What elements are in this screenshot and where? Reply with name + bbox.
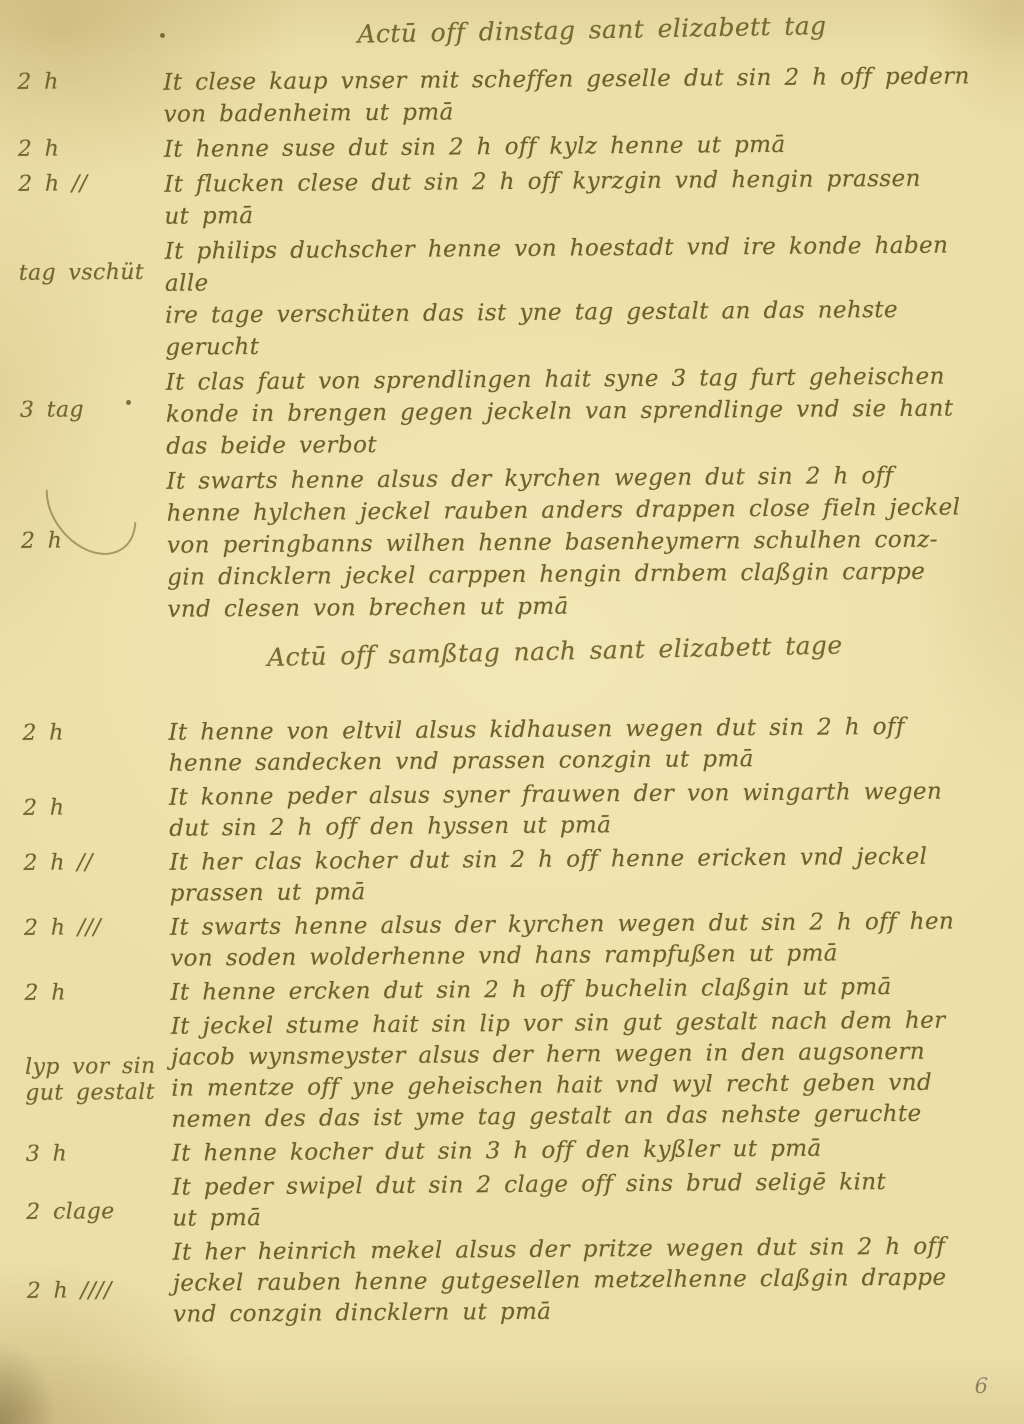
entry-text: It peder swipel dut sin 2 clage off sins… [172, 1166, 1002, 1235]
entry-text: It henne kocher dut sin 3 h off den kyßl… [172, 1132, 1002, 1170]
page-content: Actū off dinstag sant elizabett tag 2 h … [0, 10, 1024, 1335]
margin-note: 2 h // [18, 171, 156, 198]
record-entry: 2 h It swarts henne alsus der kyrchen we… [166, 459, 997, 626]
entry-text: It henne suse dut sin 2 h off kylz henne… [164, 127, 994, 166]
margin-note: 2 h [24, 980, 162, 1007]
entry-text: It clas faut von sprendlingen hait syne … [166, 360, 997, 463]
section-2-entries: 2 h It henne von eltvil alsus kidhausen … [168, 711, 1003, 1330]
entry-text: It her clas kocher dut sin 2 h off henne… [169, 841, 999, 910]
entry-text: It flucken clese dut sin 2 h off kyrzgin… [164, 162, 994, 233]
margin-note: tag vschüt [19, 260, 157, 287]
entry-text: It henne ercken dut sin 2 h off buchelin… [170, 971, 1000, 1009]
margin-note: 2 h [17, 69, 155, 96]
margin-note: lyp vor sin gut gestalt [25, 1054, 163, 1107]
margin-note: 2 h [21, 528, 159, 555]
margin-note: 2 h // [23, 850, 161, 877]
record-entry: 2 h It henne von eltvil alsus kidhausen … [168, 711, 998, 780]
manuscript-page: Actū off dinstag sant elizabett tag 2 h … [0, 0, 1024, 1424]
record-entry: 3 h It henne kocher dut sin 3 h off den … [172, 1132, 1002, 1170]
section-heading-2: Actū off samßtag nach sant elizabett tag… [140, 626, 971, 678]
record-entry: 2 h // It flucken clese dut sin 2 h off … [164, 162, 994, 233]
margin-note: 2 h [18, 136, 156, 163]
margin-note: 3 tag [20, 397, 158, 424]
record-entry: 2 h It konne peder alsus syner frauwen d… [169, 776, 999, 845]
margin-note: 2 h [23, 795, 161, 822]
entry-text: It henne von eltvil alsus kidhausen wege… [168, 711, 998, 780]
entry-text: It her heinrich mekel alsus der pritze w… [172, 1231, 1003, 1331]
entry-text: It jeckel stume hait sin lip vor sin gut… [171, 1005, 1002, 1136]
record-entry: 3 tag It clas faut von sprendlingen hait… [166, 360, 997, 463]
record-entry: 2 h /// It swarts henne alsus der kyrche… [170, 906, 1000, 975]
record-entry: 2 h It clese kaup vnser mit scheffen ges… [163, 60, 993, 131]
record-entry: 2 h It henne ercken dut sin 2 h off buch… [170, 971, 1000, 1009]
record-entry: 2 h //// It her heinrich mekel alsus der… [172, 1231, 1003, 1331]
entry-text: It konne peder alsus syner frauwen der v… [169, 776, 999, 845]
margin-note: 2 h //// [27, 1278, 165, 1305]
record-entry: 2 clage It peder swipel dut sin 2 clage … [172, 1166, 1002, 1235]
section-heading-1: Actū off dinstag sant elizabett tag [177, 6, 1007, 55]
margin-note: 2 h /// [24, 915, 162, 942]
record-entry: 2 h It henne suse dut sin 2 h off kylz h… [164, 127, 994, 166]
record-entry: tag vschüt It philips duchscher henne vo… [165, 229, 996, 364]
entry-text: It philips duchscher henne von hoestadt … [165, 229, 996, 364]
page-number: 6 [975, 1374, 988, 1398]
entry-text: It swarts henne alsus der kyrchen wegen … [166, 459, 997, 626]
record-entry: 2 h // It her clas kocher dut sin 2 h of… [169, 841, 999, 910]
record-entry: lyp vor sin gut gestalt It jeckel stume … [171, 1005, 1002, 1136]
margin-note: 2 clage [26, 1199, 164, 1226]
section-1-entries: 2 h It clese kaup vnser mit scheffen ges… [163, 60, 997, 626]
entry-text: It clese kaup vnser mit scheffen geselle… [163, 60, 993, 131]
entry-text: It swarts henne alsus der kyrchen wegen … [170, 906, 1000, 975]
margin-note: 2 h [22, 720, 160, 747]
margin-note: 3 h [26, 1141, 164, 1168]
